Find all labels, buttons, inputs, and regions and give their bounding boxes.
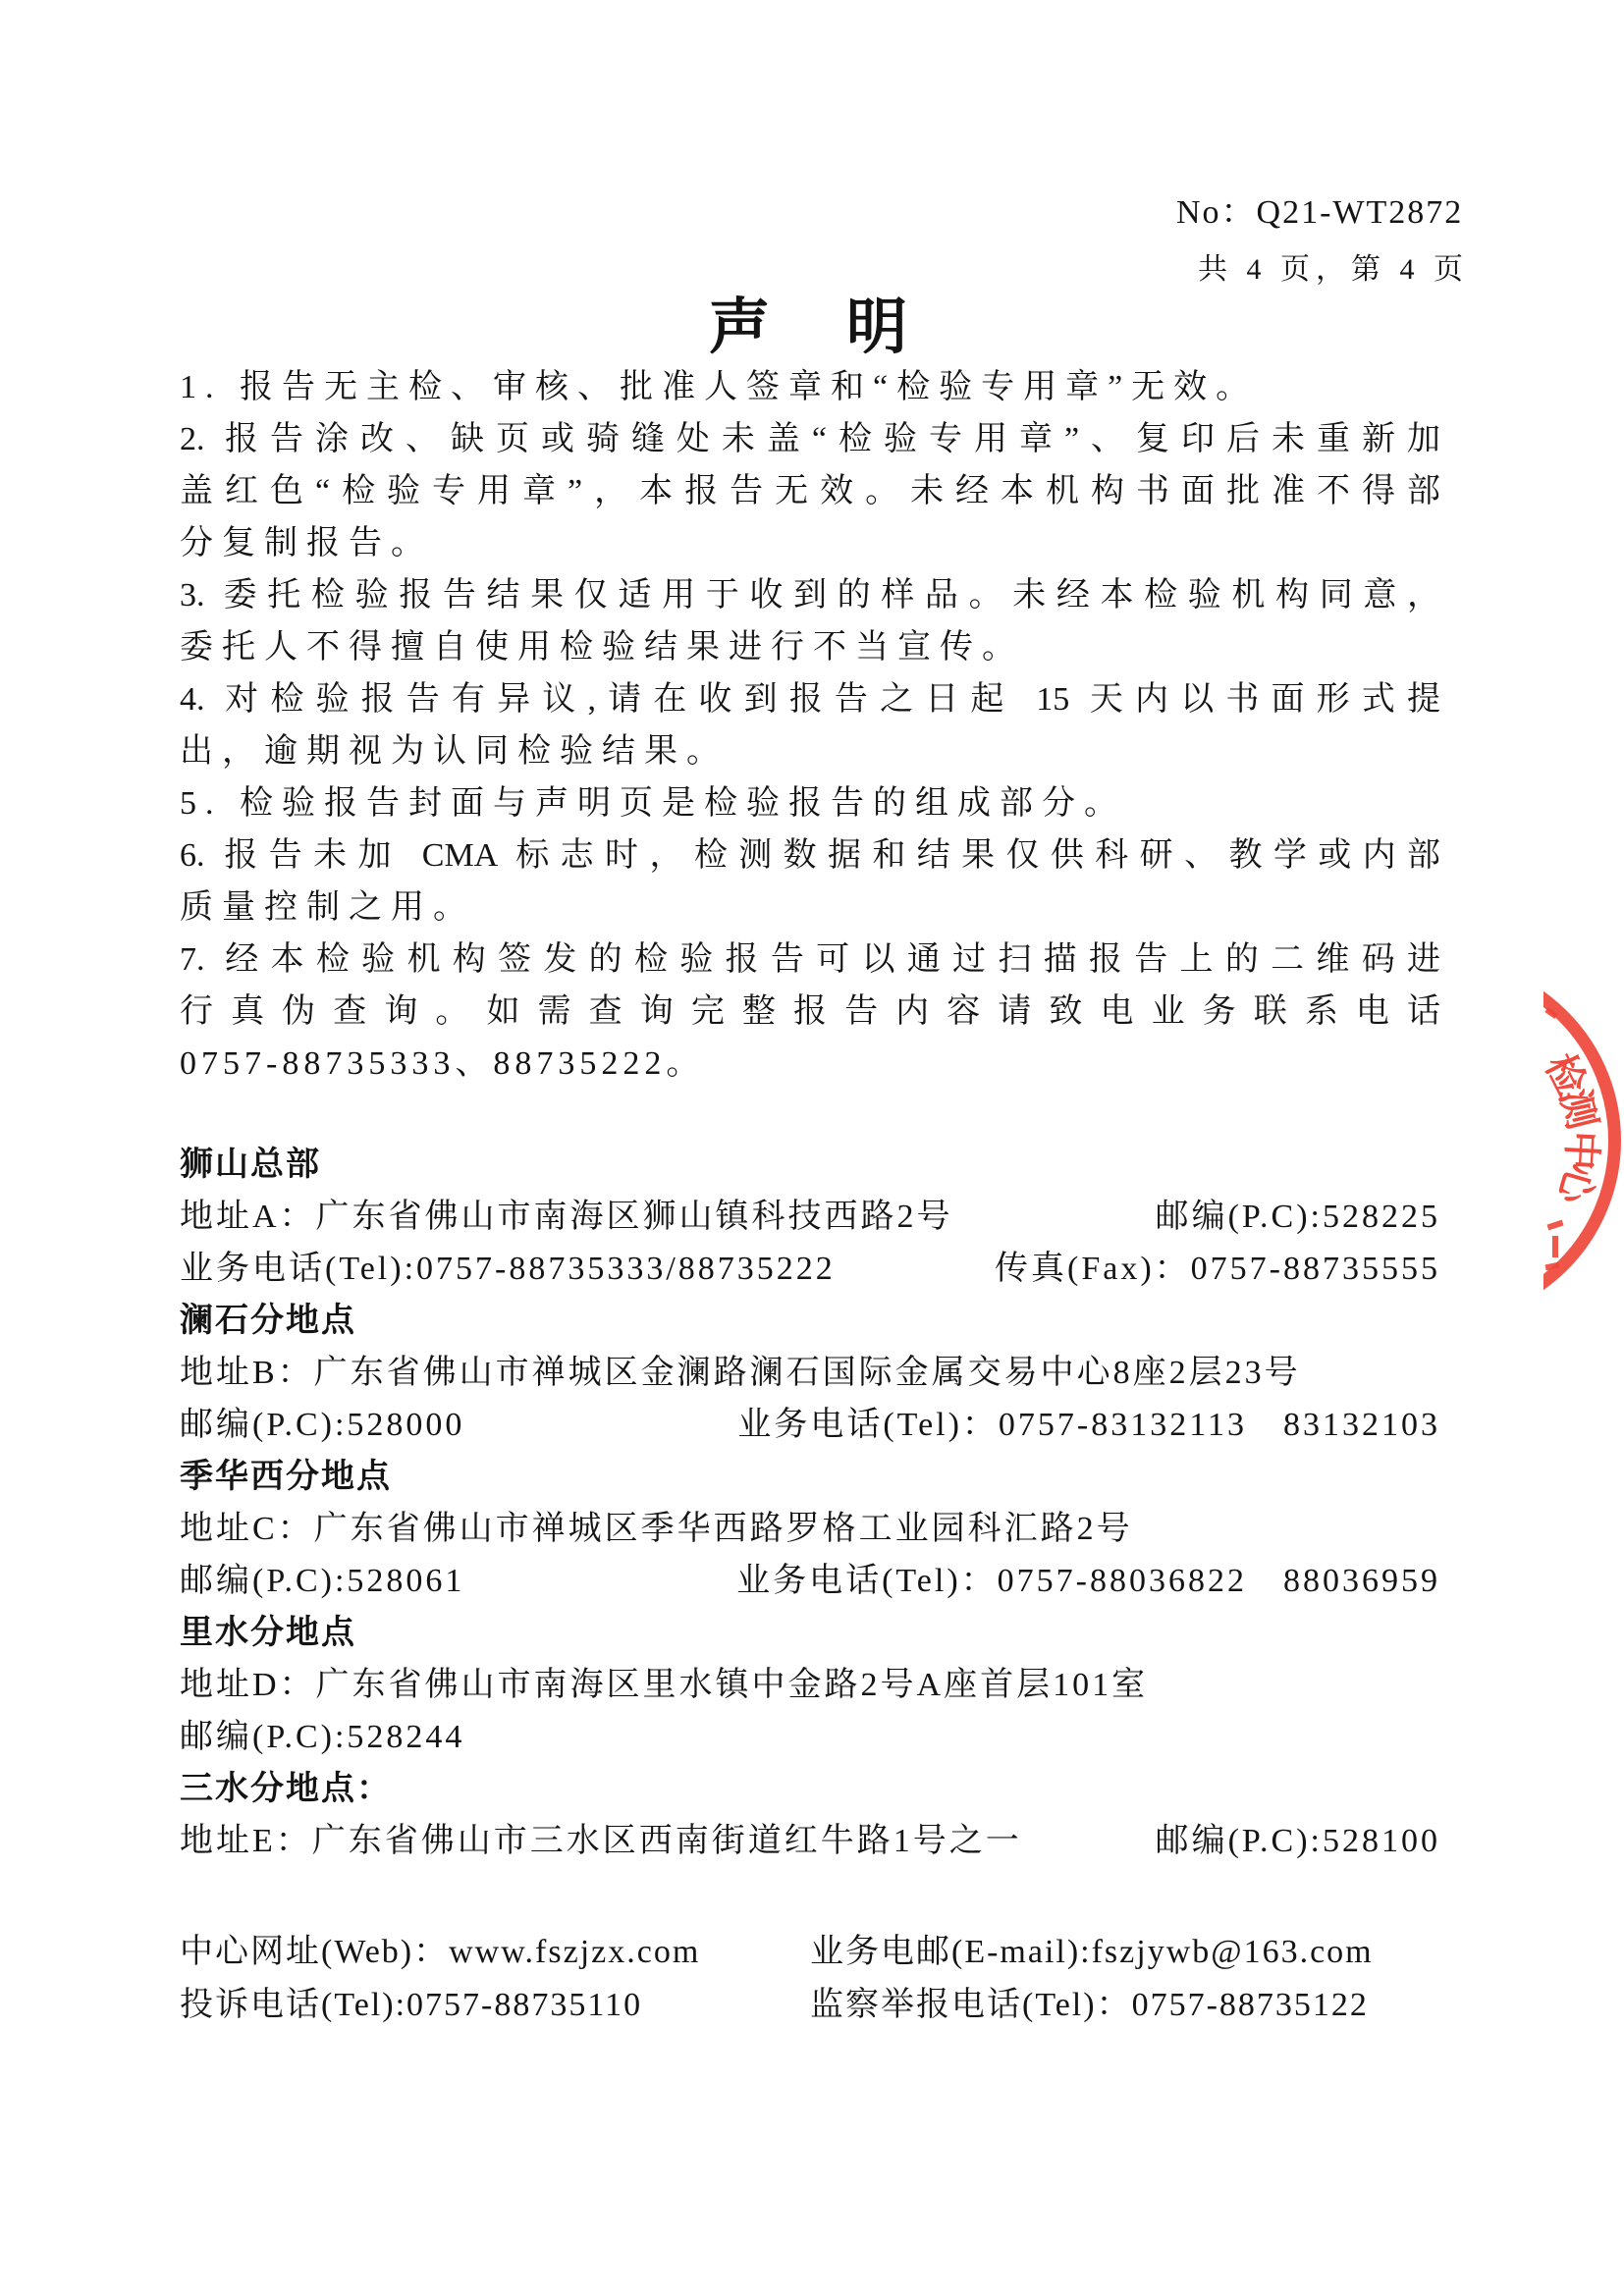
contact-line: 中心网址(Web)：www.fszjzx.com 业务电邮(E-mail):fs… (180, 1926, 1440, 1979)
notice-line: 出，逾期视为认同检验结果。 (180, 725, 1440, 777)
notice-line: 行真伪查询。如需查询完整报告内容请致电业务联系电话 (180, 986, 1440, 1038)
notice-line: 1. 报告无主检、审核、批准人签章和“检验专用章”无效。 (180, 361, 1440, 413)
contact-block: 中心网址(Web)：www.fszjzx.com 业务电邮(E-mail):fs… (180, 1926, 1440, 2032)
seal-character: 测 (1551, 1083, 1603, 1135)
fax-shishan: 传真(Fax)：0757-88735555 (995, 1243, 1440, 1295)
address-d: 地址D：广东省佛山市南海区里水镇中金路2号A座首层101室 (180, 1659, 1440, 1711)
notice-line: 盖红色“检验专用章”，本报告无效。未经本机构书面批准不得部 (180, 465, 1440, 517)
address-a: 地址A：广东省佛山市南海区狮山镇科技西路2号 (180, 1191, 953, 1243)
location-line: 地址A：广东省佛山市南海区狮山镇科技西路2号 邮编(P.C):528225 (180, 1191, 1440, 1243)
seal-ink-fragment (1545, 1262, 1560, 1271)
location-header-lanshi: 澜石分地点 (180, 1295, 1440, 1347)
location-line: 邮编(P.C):528000 业务电话(Tel)：0757-83132113 8… (180, 1399, 1440, 1451)
notice-line: 5. 检验报告封面与声明页是检验报告的组成部分。 (180, 777, 1440, 829)
notice-line: 0757-88735333、88735222。 (180, 1038, 1440, 1090)
seal-character: 中 (1558, 1128, 1603, 1173)
notice-line: 7. 经本检验机构签发的检验报告可以通过扫描报告上的二维码进 (180, 934, 1440, 986)
seal-ring (1543, 987, 1621, 1296)
notice-line: 2. 报告涂改、缺页或骑缝处未盖“检验专用章”、复印后未重新加 (180, 413, 1440, 465)
web-address: 中心网址(Web)：www.fszjzx.com (180, 1926, 810, 1979)
address-e: 地址E：广东省佛山市三水区西南街道红牛路1号之一 (180, 1815, 1022, 1867)
address-b: 地址B：广东省佛山市禅城区金澜路澜石国际金属交易中心8座2层23号 (180, 1347, 1440, 1399)
notice-line: 质量控制之用。 (180, 881, 1440, 934)
tel-lanshi: 业务电话(Tel)：0757-83132113 83132103 (737, 1399, 1440, 1451)
contact-line: 投诉电话(Tel):0757-88735110 监察举报电话(Tel)：0757… (180, 1979, 1440, 2032)
complaint-tel: 投诉电话(Tel):0757-88735110 (180, 1979, 810, 2032)
seal-character: 检 (1543, 1045, 1595, 1103)
page-title: 声 明 (0, 278, 1624, 365)
tel-shishan: 业务电话(Tel):0757-88735333/88735222 (180, 1243, 836, 1295)
tel-jihuaxi: 业务电话(Tel)：0757-88036822 88036959 (736, 1555, 1440, 1607)
seal-character: 心 (1549, 1157, 1602, 1210)
declaration-page: No：Q21-WT2872 共 4 页，第 4 页 声 明 1. 报告无主检、审… (0, 0, 1624, 2296)
inspection-seal-stamp: 检 测 中 心 (1543, 987, 1624, 1296)
postcode-a: 邮编(P.C):528225 (1156, 1191, 1440, 1243)
supervision-tel: 监察举报电话(Tel)：0757-88735122 (810, 1979, 1440, 2032)
address-c: 地址C：广东省佛山市禅城区季华西路罗格工业园科汇路2号 (180, 1503, 1440, 1555)
location-header-lishui: 里水分地点 (180, 1607, 1440, 1659)
seal-ink-fragment (1552, 1236, 1558, 1257)
postcode-c: 邮编(P.C):528061 (180, 1555, 464, 1607)
location-header-sanshui: 三水分地点： (180, 1763, 1440, 1815)
locations-block: 狮山总部 地址A：广东省佛山市南海区狮山镇科技西路2号 邮编(P.C):5282… (180, 1139, 1440, 1867)
location-line: 邮编(P.C):528061 业务电话(Tel)：0757-88036822 8… (180, 1555, 1440, 1607)
seal-ink-fragment (1544, 1007, 1557, 1019)
postcode-d: 邮编(P.C):528244 (180, 1711, 1440, 1763)
seal-ink-fragment (1546, 1220, 1563, 1231)
report-number: No：Q21-WT2872 (1176, 185, 1469, 233)
notice-line: 6. 报告未加 CMA 标志时，检测数据和结果仅供科研、教学或内部 (180, 829, 1440, 881)
location-line: 地址E：广东省佛山市三水区西南街道红牛路1号之一 邮编(P.C):528100 (180, 1815, 1440, 1867)
notice-list: 1. 报告无主检、审核、批准人签章和“检验专用章”无效。 2. 报告涂改、缺页或… (180, 361, 1440, 1090)
postcode-b: 邮编(P.C):528000 (180, 1399, 464, 1451)
notice-line: 4. 对检验报告有异议,请在收到报告之日起 15 天内以书面形式提 (180, 673, 1440, 725)
email-address: 业务电邮(E-mail):fszjywb@163.com (810, 1926, 1440, 1979)
postcode-e: 邮编(P.C):528100 (1156, 1815, 1440, 1867)
location-line: 业务电话(Tel):0757-88735333/88735222 传真(Fax)… (180, 1243, 1440, 1295)
doc-meta: No：Q21-WT2872 共 4 页，第 4 页 (1176, 185, 1469, 288)
location-header-jihuaxi: 季华西分地点 (180, 1451, 1440, 1503)
notice-line: 分复制报告。 (180, 517, 1440, 569)
notice-line: 3. 委托检验报告结果仅适用于收到的样品。未经本检验机构同意， (180, 569, 1440, 621)
notice-line: 委托人不得擅自使用检验结果进行不当宣传。 (180, 621, 1440, 673)
location-header-shishan: 狮山总部 (180, 1139, 1440, 1191)
